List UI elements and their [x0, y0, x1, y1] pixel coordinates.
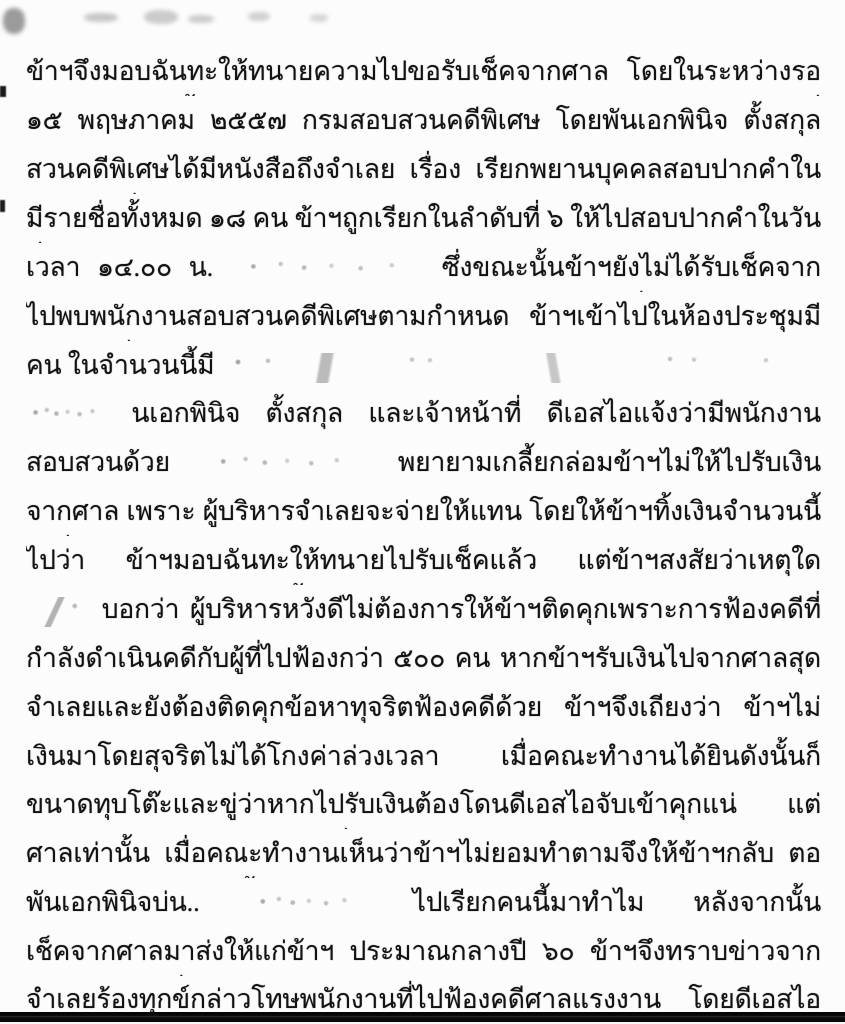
text-line: จำเลยและยังต้องติดคุกข้อหาทุจริตฟ้องคดีด… [26, 686, 821, 732]
redacted-area [26, 401, 106, 431]
redacted-area [26, 597, 91, 627]
text-line: ไปพบพนักงานสอบสวนคดีพิเศษตามกำหนด ข้าฯเข… [26, 295, 821, 341]
document-scan-page: ข้าฯจึงมอบฉันทะให้ทนายความไปขอรับเช็คจาก… [0, 0, 845, 1024]
text-line: นเอกพินิจ ตั้งสกุล และเจ้าหน้าที่ ดีเอสไ… [26, 392, 821, 438]
bottom-scan-bar [0, 1012, 845, 1022]
text-line: มีรายชื่อทั้งหมด ๑๘ คน ข้าฯถูกเรียกในลำด… [26, 197, 821, 243]
text-segment: พันเอกพินิจบ่น.. [26, 887, 200, 917]
redacted-area [230, 255, 425, 285]
text-line: ข้าฯจึงมอบฉันทะให้ทนายความไปขอรับเช็คจาก… [26, 50, 821, 96]
text-line: บอกว่า ผู้บริหารหวังดีไม่ต้องการให้ข้าฯต… [26, 588, 821, 634]
text-line: ขนาดทุบโต๊ะและขู่ว่าหากไปรับเงินต้องโดนด… [26, 783, 821, 829]
redacted-area [249, 890, 364, 920]
text-segment: เวลา ๑๔.๐๐ น. [26, 252, 213, 282]
text-segment: ไปว่า ข้าฯมอบฉันทะให้ทนายไปรับเช็คแล้ว แ… [26, 545, 821, 585]
text-line: ศาลเท่านั้น เมื่อคณะทำงานเห็นว่าข้าฯไม่ย… [26, 832, 821, 878]
text-line: สวนคดีพิเศษได้มีหนังสือถึงจำเลย เรื่อง เ… [26, 148, 821, 194]
text-line: พันเอกพินิจบ่น.. ไปเรียกคนนี้มาทำไม หลัง… [26, 881, 821, 927]
text-line: ๑๕ พฤษภาคม ๒๕๕๗ กรมสอบสวนคดีพิเศษ โดยพัน… [26, 99, 821, 145]
text-line: เงินมาโดยสุจริตไม่ได้โกงค่าล่วงเวลา เมื่… [26, 735, 821, 781]
text-line: เช็คจากศาลมาส่งให้แก่ข้าฯ ประมาณกลางปี ๖… [26, 930, 821, 976]
text-line: เวลา ๑๔.๐๐ น. ซึ่งขณะนั้นข้าฯยังไม่ได้รั… [26, 246, 821, 292]
document-text: ข้าฯจึงมอบฉันทะให้ทนายความไปขอรับเช็คจาก… [0, 0, 845, 1024]
text-segment: บอกว่า ผู้บริหารหวังดีไม่ต้องการให้ข้าฯต… [26, 594, 821, 634]
text-segment: คน ในจำนวนนี้มี [26, 350, 214, 380]
redacted-area [214, 353, 814, 383]
text-line: กำลังดำเนินคดีกับผู้ที่ไปฟ้องกว่า ๕๐๐ คน… [26, 637, 821, 683]
text-segment: นเอกพินิจ ตั้งสกุล และเจ้าหน้าที่ ดีเอสไ… [26, 398, 821, 438]
text-line: ไปว่า ข้าฯมอบฉันทะให้ทนายไปรับเช็คแล้ว แ… [26, 539, 821, 585]
text-line: สอบสวนด้วย พยายามเกลี้ยกล่อมข้าฯไม่ให้ไป… [26, 441, 821, 487]
text-line: จากศาล เพราะ ผู้บริหารจำเลยจะจ่ายให้แทน … [26, 490, 821, 536]
text-line: คน ในจำนวนนี้มี [26, 344, 821, 390]
text-segment: สอบสวนด้วย [26, 447, 170, 477]
redacted-area [204, 450, 364, 480]
